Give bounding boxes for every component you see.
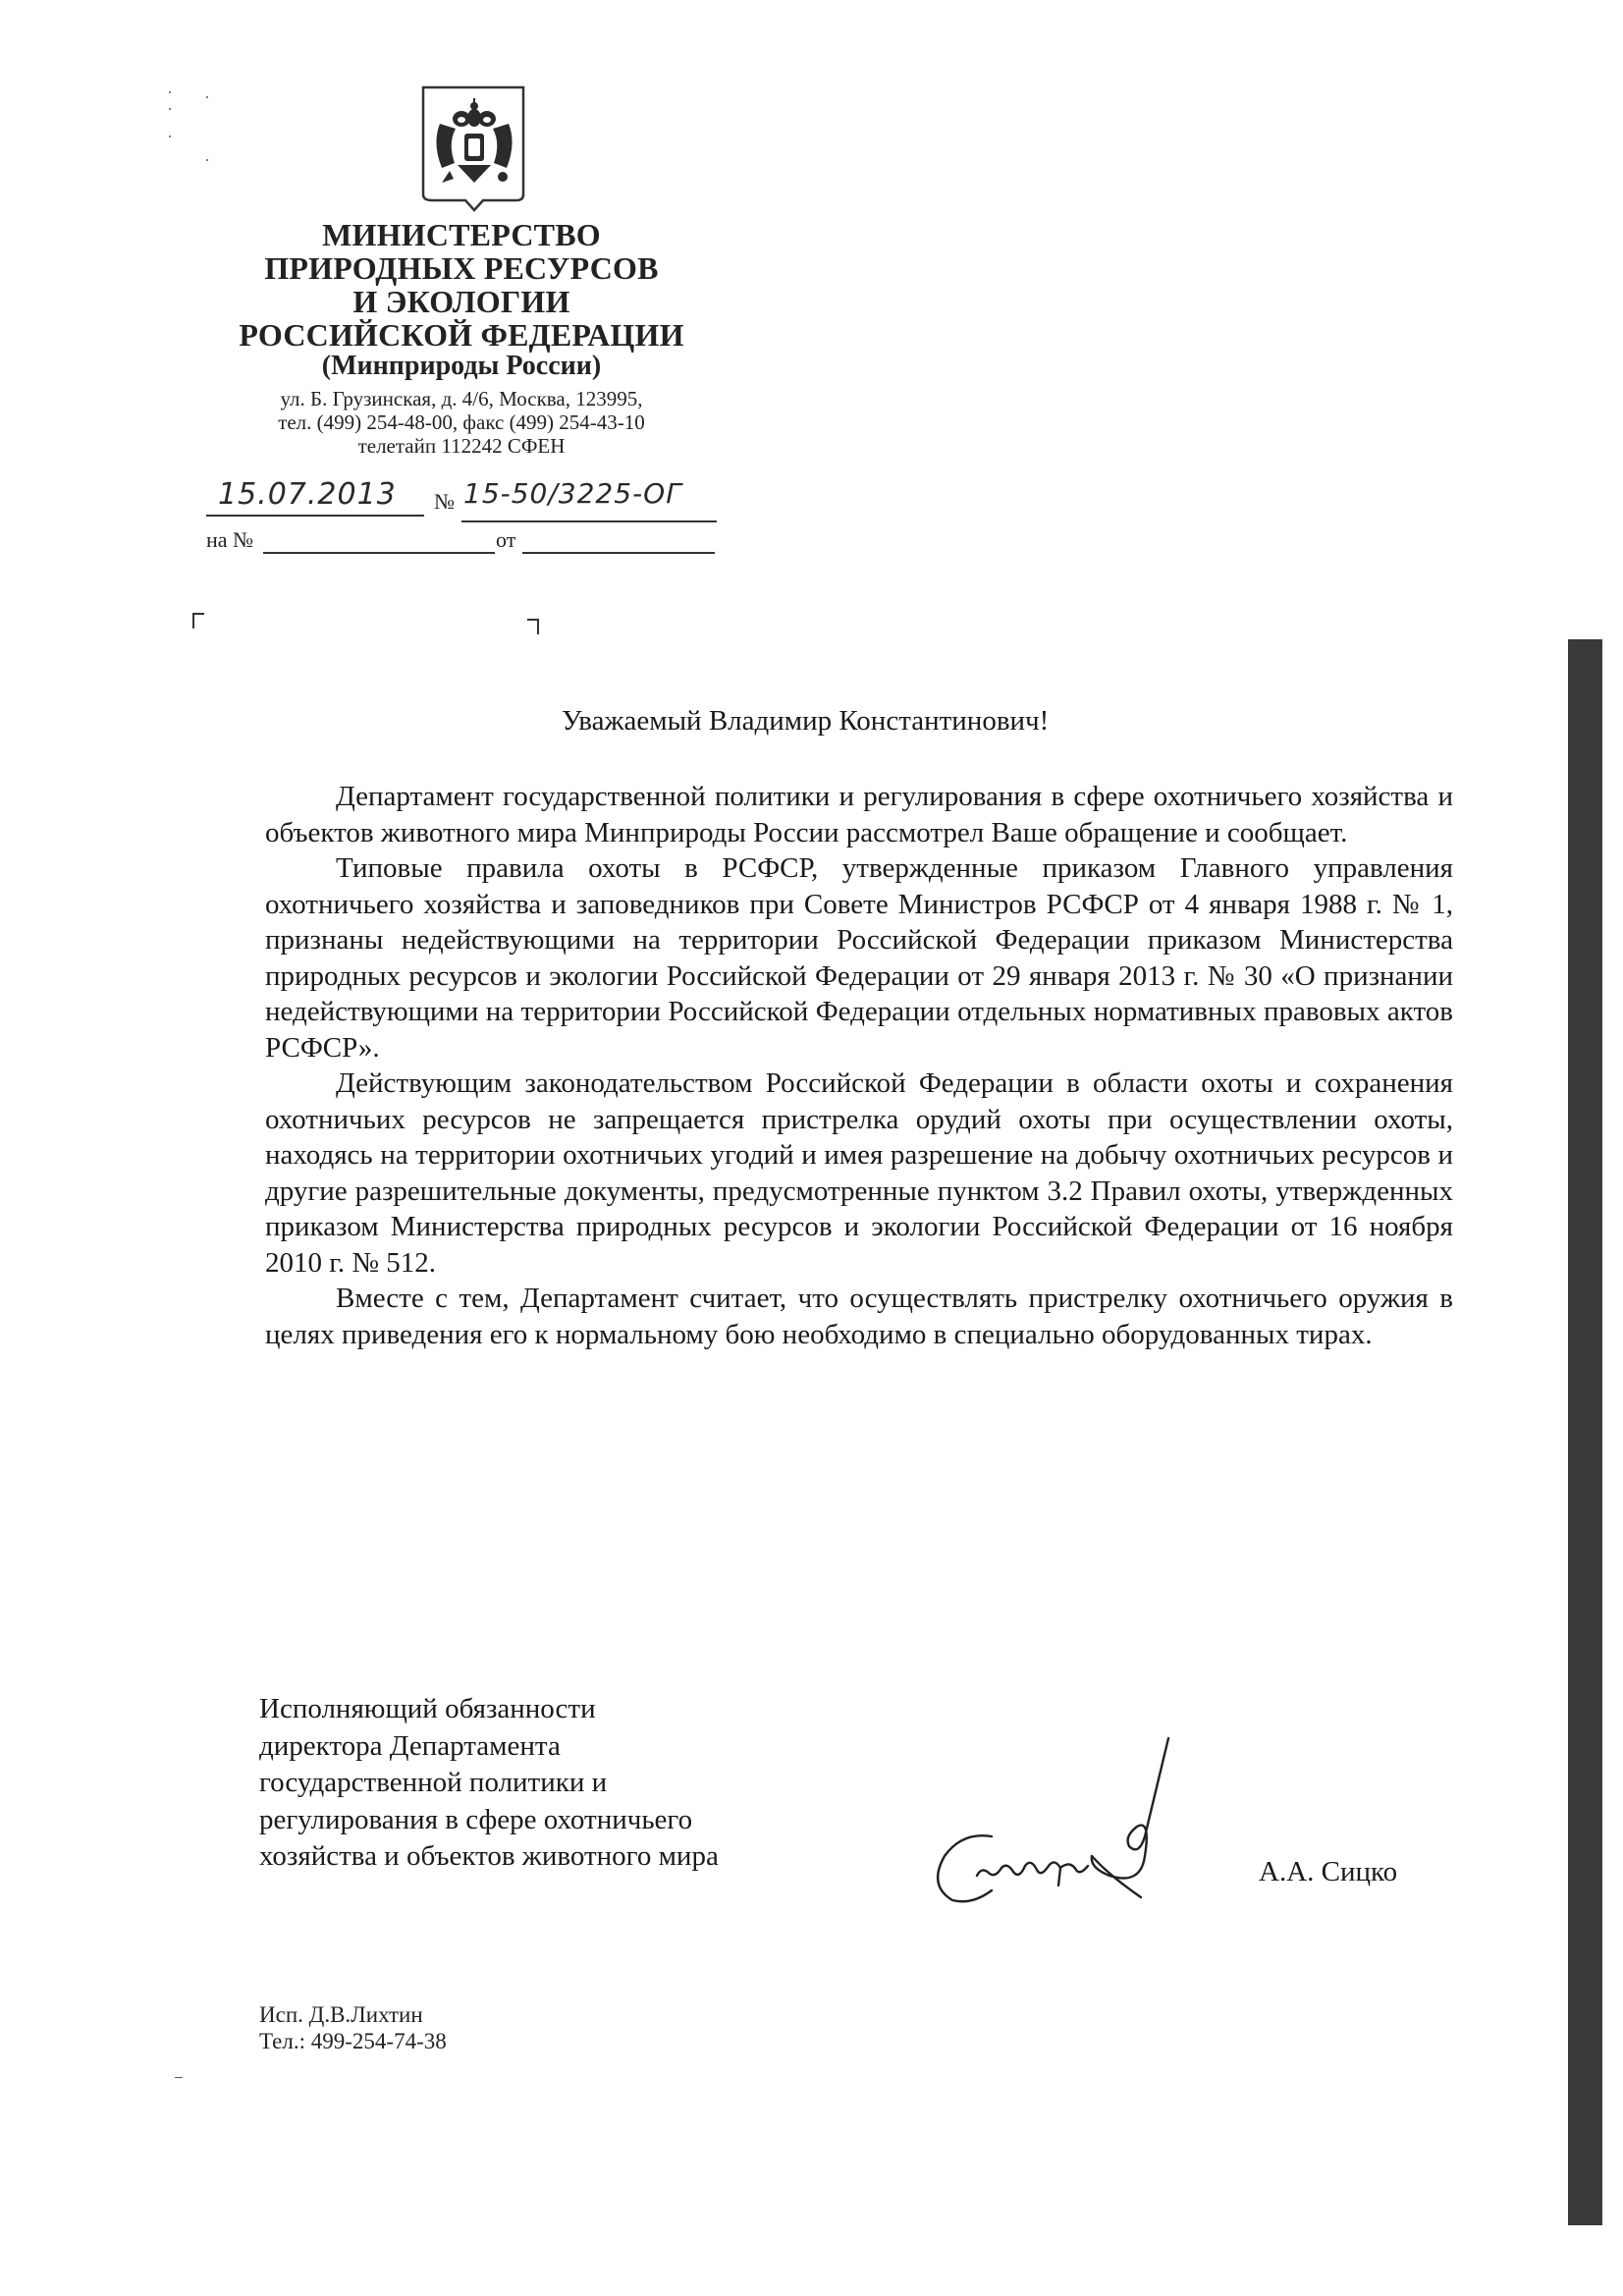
signatory-position: Исполняющий обязанности директора Департ… bbox=[259, 1691, 719, 1876]
position-line-1: Исполняющий обязанности bbox=[259, 1691, 719, 1728]
position-line-2: директора Департамента bbox=[259, 1728, 719, 1766]
signatory-name: А.А. Сицко bbox=[1259, 1856, 1397, 1888]
reply-to-label: на № bbox=[206, 527, 253, 553]
position-line-3: государственной политики и bbox=[259, 1765, 719, 1802]
address-corner-left bbox=[192, 613, 204, 629]
number-underline bbox=[461, 520, 717, 522]
outgoing-date: 15.07.2013 bbox=[218, 477, 397, 512]
ministry-name-line-4: РОССИЙСКОЙ ФЕДЕРАЦИИ bbox=[177, 318, 746, 352]
paragraph-4: Вместе с тем, Департамент считает, что о… bbox=[265, 1281, 1453, 1352]
scan-speck bbox=[175, 2077, 183, 2078]
ministry-short-name: (Минприроды России) bbox=[177, 352, 746, 381]
from-label: от bbox=[496, 527, 515, 553]
executor-name: Исп. Д.В.Лихтин bbox=[259, 2001, 447, 2028]
scan-speck bbox=[206, 159, 208, 161]
ministry-name-line-3: И ЭКОЛОГИИ bbox=[177, 285, 746, 318]
reply-to-field bbox=[263, 552, 495, 554]
scan-speck bbox=[206, 96, 208, 98]
position-line-4: регулирования в сфере охотничьего bbox=[259, 1802, 719, 1839]
ministry-name-line-2: ПРИРОДНЫХ РЕСУРСОВ bbox=[177, 251, 746, 285]
position-line-5: хозяйства и объектов животного мира bbox=[259, 1838, 719, 1876]
address-corner-right bbox=[527, 619, 539, 634]
ministry-name-line-1: МИНИСТЕРСТВО bbox=[177, 218, 746, 251]
scan-edge-bar bbox=[1568, 639, 1602, 2225]
address-line-3: телетайп 112242 СФЕН bbox=[177, 434, 746, 458]
paragraph-3: Действующим законодательством Российской… bbox=[265, 1066, 1453, 1281]
greeting: Уважаемый Владимир Константинович! bbox=[562, 705, 1049, 738]
date-underline bbox=[206, 515, 424, 517]
paragraph-2: Типовые правила охоты в РСФСР, утвержден… bbox=[265, 850, 1453, 1066]
paragraph-1: Департамент государственной политики и р… bbox=[265, 779, 1453, 850]
handwritten-signature-icon bbox=[923, 1728, 1267, 1925]
number-label: № bbox=[434, 489, 455, 515]
executor-info: Исп. Д.В.Лихтин Тел.: 499-254-74-38 bbox=[259, 2001, 447, 2054]
executor-phone: Тел.: 499-254-74-38 bbox=[259, 2028, 447, 2054]
from-field bbox=[522, 552, 715, 554]
outgoing-number: 15-50/3225-ОГ bbox=[463, 477, 682, 510]
scan-speck bbox=[169, 91, 171, 93]
coat-of-arms-icon bbox=[420, 84, 528, 214]
letter-body: Департамент государственной политики и р… bbox=[265, 779, 1453, 1352]
address-line-2: тел. (499) 254-48-00, факс (499) 254-43-… bbox=[177, 410, 746, 434]
scan-speck bbox=[169, 136, 171, 137]
address-line-1: ул. Б. Грузинская, д. 4/6, Москва, 12399… bbox=[177, 387, 746, 410]
scan-speck bbox=[169, 108, 171, 110]
